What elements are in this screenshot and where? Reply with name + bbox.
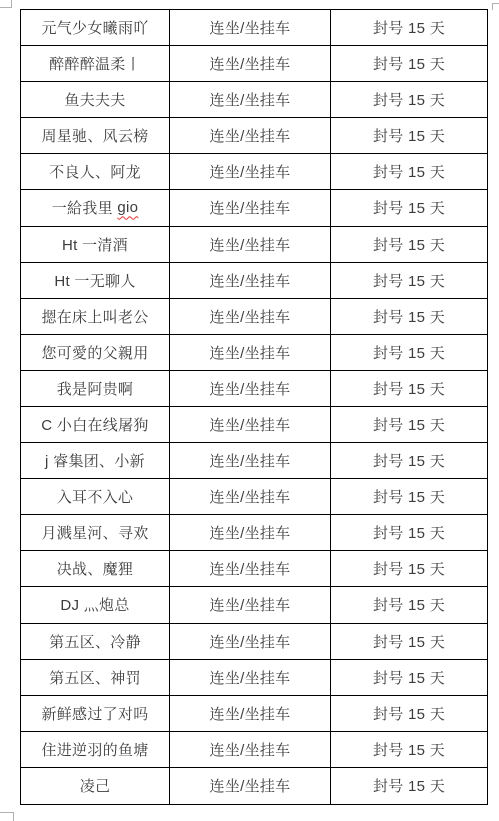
- violation-cell: 连坐/坐挂车: [170, 82, 331, 117]
- violation-text: 连坐/坐挂车: [210, 234, 291, 255]
- table-row: 一給我里 gio 连坐/坐挂车 封号 15 天: [21, 190, 487, 226]
- violation-cell: 连坐/坐挂车: [170, 732, 331, 767]
- violation-text: 连坐/坐挂车: [210, 703, 291, 724]
- username-cell: 周星驰、风云榜: [21, 118, 170, 153]
- penalty-text: 封号 15 天: [373, 486, 445, 507]
- violation-cell: 连坐/坐挂车: [170, 696, 331, 731]
- table-row: 第五区、神罚 连坐/坐挂车 封号 15 天: [21, 660, 487, 696]
- username-cell: 决战、魔狸: [21, 551, 170, 586]
- username-text: 第五区、冷静: [49, 631, 141, 652]
- username-text: 醉醉醉温柔丨: [49, 53, 141, 74]
- violation-text: 连坐/坐挂车: [210, 450, 291, 471]
- penalty-text: 封号 15 天: [373, 522, 445, 543]
- penalty-text: 封号 15 天: [373, 414, 445, 435]
- violation-cell: 连坐/坐挂车: [170, 407, 331, 442]
- username-cell: 鱼夫夫夫: [21, 82, 170, 117]
- violation-text: 连坐/坐挂车: [210, 522, 291, 543]
- username-cell: 第五区、冷静: [21, 624, 170, 659]
- username-cell: 凌己: [21, 768, 170, 804]
- penalty-cell: 封号 15 天: [331, 515, 487, 550]
- penalty-cell: 封号 15 天: [331, 263, 487, 298]
- table-row: 住进逆羽的鱼塘 连坐/坐挂车 封号 15 天: [21, 732, 487, 768]
- penalty-cell: 封号 15 天: [331, 371, 487, 406]
- penalty-cell: 封号 15 天: [331, 551, 487, 586]
- username-text: 第五区、神罚: [49, 667, 141, 688]
- violation-cell: 连坐/坐挂车: [170, 335, 331, 370]
- username-cell: DJ 灬炮总: [21, 587, 170, 622]
- adjacent-table-fragment-top-right-vertical: [492, 3, 493, 10]
- violation-cell: 连坐/坐挂车: [170, 624, 331, 659]
- username-text: 入耳不入心: [57, 486, 134, 507]
- violation-cell: 连坐/坐挂车: [170, 118, 331, 153]
- penalty-cell: 封号 15 天: [331, 10, 487, 45]
- penalty-text: 封号 15 天: [373, 17, 445, 38]
- violation-cell: 连坐/坐挂车: [170, 479, 331, 514]
- penalty-text: 封号 15 天: [373, 306, 445, 327]
- penalty-cell: 封号 15 天: [331, 190, 487, 225]
- violation-cell: 连坐/坐挂车: [170, 768, 331, 804]
- username-cell: 您可愛的父親用: [21, 335, 170, 370]
- penalty-text: 封号 15 天: [373, 667, 445, 688]
- table-row: C 小白在线屠狗 连坐/坐挂车 封号 15 天: [21, 407, 487, 443]
- violation-cell: 连坐/坐挂车: [170, 587, 331, 622]
- violation-text: 连坐/坐挂车: [210, 631, 291, 652]
- penalty-text: 封号 15 天: [373, 378, 445, 399]
- table-row: j 睿集团、小新 连坐/坐挂车 封号 15 天: [21, 443, 487, 479]
- username-text: j 睿集团、小新: [45, 450, 145, 471]
- penalty-text: 封号 15 天: [373, 631, 445, 652]
- violation-text: 连坐/坐挂车: [210, 775, 291, 796]
- penalty-cell: 封号 15 天: [331, 660, 487, 695]
- username-text: C 小白在线屠狗: [41, 414, 148, 435]
- username-text: 一給我里: [52, 197, 118, 218]
- username-text: 周星驰、风云榜: [41, 125, 148, 146]
- username-cell: 一給我里 gio: [21, 190, 170, 225]
- violation-text: 连坐/坐挂车: [210, 558, 291, 579]
- table-row: 鱼夫夫夫 连坐/坐挂车 封号 15 天: [21, 82, 487, 118]
- violation-cell: 连坐/坐挂车: [170, 371, 331, 406]
- violation-cell: 连坐/坐挂车: [170, 154, 331, 189]
- table-row: 决战、魔狸 连坐/坐挂车 封号 15 天: [21, 551, 487, 587]
- username-text: 凌己: [80, 775, 111, 796]
- username-text: 元气少女曦雨吖: [41, 17, 148, 38]
- adjacent-table-fragment-bottom-left-horizontal: [0, 812, 14, 813]
- violation-text: 连坐/坐挂车: [210, 378, 291, 399]
- violation-cell: 连坐/坐挂车: [170, 46, 331, 81]
- violation-text: 连坐/坐挂车: [210, 17, 291, 38]
- penalty-text: 封号 15 天: [373, 703, 445, 724]
- penalty-cell: 封号 15 天: [331, 154, 487, 189]
- violation-cell: 连坐/坐挂车: [170, 263, 331, 298]
- penalty-cell: 封号 15 天: [331, 587, 487, 622]
- penalty-cell: 封号 15 天: [331, 732, 487, 767]
- penalty-text: 封号 15 天: [373, 234, 445, 255]
- violation-text: 连坐/坐挂车: [210, 486, 291, 507]
- adjacent-table-fragment-top-right-horizontal: [492, 3, 499, 4]
- penalty-cell: 封号 15 天: [331, 407, 487, 442]
- penalty-cell: 封号 15 天: [331, 46, 487, 81]
- username-text: 不良人、阿龙: [49, 161, 141, 182]
- violation-cell: 连坐/坐挂车: [170, 190, 331, 225]
- username-cell: C 小白在线屠狗: [21, 407, 170, 442]
- table-row: 入耳不入心 连坐/坐挂车 封号 15 天: [21, 479, 487, 515]
- violation-text: 连坐/坐挂车: [210, 197, 291, 218]
- username-cell: 摁在床上叫老公: [21, 299, 170, 334]
- table-row: 凌己 连坐/坐挂车 封号 15 天: [21, 768, 487, 804]
- username-text: 新鲜感过了对吗: [41, 703, 148, 724]
- username-cell: 月溅星河、寻欢: [21, 515, 170, 550]
- username-cell: 元气少女曦雨吖: [21, 10, 170, 45]
- table-row: 我是阿贵啊 连坐/坐挂车 封号 15 天: [21, 371, 487, 407]
- misspelled-username-text: gio: [117, 199, 138, 216]
- penalty-text: 封号 15 天: [373, 558, 445, 579]
- adjacent-table-fragment-top-left-vertical: [11, 0, 12, 8]
- table-row: DJ 灬炮总 连坐/坐挂车 封号 15 天: [21, 587, 487, 623]
- username-text: Ht 一无聊人: [54, 270, 135, 291]
- username-text: 住进逆羽的鱼塘: [41, 739, 148, 760]
- violation-text: 连坐/坐挂车: [210, 306, 291, 327]
- username-text: 月溅星河、寻欢: [41, 522, 148, 543]
- violation-text: 连坐/坐挂车: [210, 414, 291, 435]
- violation-text: 连坐/坐挂车: [210, 125, 291, 146]
- table-row: 不良人、阿龙 连坐/坐挂车 封号 15 天: [21, 154, 487, 190]
- penalty-cell: 封号 15 天: [331, 696, 487, 731]
- username-cell: 不良人、阿龙: [21, 154, 170, 189]
- username-cell: j 睿集团、小新: [21, 443, 170, 478]
- username-cell: Ht 一无聊人: [21, 263, 170, 298]
- violation-cell: 连坐/坐挂车: [170, 443, 331, 478]
- penalty-cell: 封号 15 天: [331, 443, 487, 478]
- username-text: 摁在床上叫老公: [41, 306, 148, 327]
- table-row: Ht 一清酒 连坐/坐挂车 封号 15 天: [21, 227, 487, 263]
- penalty-cell: 封号 15 天: [331, 227, 487, 262]
- table-row: 元气少女曦雨吖 连坐/坐挂车 封号 15 天: [21, 10, 487, 46]
- violation-cell: 连坐/坐挂车: [170, 10, 331, 45]
- penalty-text: 封号 15 天: [373, 270, 445, 291]
- username-cell: 新鲜感过了对吗: [21, 696, 170, 731]
- violation-text: 连坐/坐挂车: [210, 342, 291, 363]
- violation-text: 连坐/坐挂车: [210, 270, 291, 291]
- username-cell: 入耳不入心: [21, 479, 170, 514]
- violation-text: 连坐/坐挂车: [210, 161, 291, 182]
- username-text: 您可愛的父親用: [41, 342, 148, 363]
- penalty-cell: 封号 15 天: [331, 299, 487, 334]
- username-cell: 醉醉醉温柔丨: [21, 46, 170, 81]
- table-row: 摁在床上叫老公 连坐/坐挂车 封号 15 天: [21, 299, 487, 335]
- violation-cell: 连坐/坐挂车: [170, 551, 331, 586]
- username-cell: 我是阿贵啊: [21, 371, 170, 406]
- penalty-cell: 封号 15 天: [331, 624, 487, 659]
- username-text: DJ 灬炮总: [60, 594, 129, 615]
- penalty-text: 封号 15 天: [373, 594, 445, 615]
- adjacent-table-fragment-bottom-left-vertical: [13, 812, 14, 821]
- username-text: 鱼夫夫夫: [64, 89, 125, 110]
- penalty-text: 封号 15 天: [373, 739, 445, 760]
- penalty-text: 封号 15 天: [373, 53, 445, 74]
- username-cell: Ht 一清酒: [21, 227, 170, 262]
- violation-text: 连坐/坐挂车: [210, 53, 291, 74]
- penalty-text: 封号 15 天: [373, 161, 445, 182]
- penalty-text: 封号 15 天: [373, 125, 445, 146]
- violation-cell: 连坐/坐挂车: [170, 299, 331, 334]
- table-row: 您可愛的父親用 连坐/坐挂车 封号 15 天: [21, 335, 487, 371]
- penalty-cell: 封号 15 天: [331, 479, 487, 514]
- table-row: 周星驰、风云榜 连坐/坐挂车 封号 15 天: [21, 118, 487, 154]
- violation-text: 连坐/坐挂车: [210, 667, 291, 688]
- username-text: 决战、魔狸: [57, 558, 134, 579]
- penalty-cell: 封号 15 天: [331, 82, 487, 117]
- username-cell: 第五区、神罚: [21, 660, 170, 695]
- penalty-text: 封号 15 天: [373, 89, 445, 110]
- violation-text: 连坐/坐挂车: [210, 739, 291, 760]
- violation-text: 连坐/坐挂车: [210, 89, 291, 110]
- violation-text: 连坐/坐挂车: [210, 594, 291, 615]
- penalty-cell: 封号 15 天: [331, 335, 487, 370]
- username-text: Ht 一清酒: [62, 234, 128, 255]
- violation-cell: 连坐/坐挂车: [170, 515, 331, 550]
- penalty-text: 封号 15 天: [373, 197, 445, 218]
- penalty-text: 封号 15 天: [373, 450, 445, 471]
- table-row: 醉醉醉温柔丨 连坐/坐挂车 封号 15 天: [21, 46, 487, 82]
- table-row: 新鲜感过了对吗 连坐/坐挂车 封号 15 天: [21, 696, 487, 732]
- violation-cell: 连坐/坐挂车: [170, 227, 331, 262]
- penalty-cell: 封号 15 天: [331, 768, 487, 804]
- penalty-text: 封号 15 天: [373, 775, 445, 796]
- violation-cell: 连坐/坐挂车: [170, 660, 331, 695]
- username-cell: 住进逆羽的鱼塘: [21, 732, 170, 767]
- table-row: 第五区、冷静 连坐/坐挂车 封号 15 天: [21, 624, 487, 660]
- username-text: 我是阿贵啊: [57, 378, 134, 399]
- ban-list-table: 元气少女曦雨吖 连坐/坐挂车 封号 15 天 醉醉醉温柔丨 连坐/坐挂车 封号 …: [20, 9, 488, 805]
- table-row: 月溅星河、寻欢 连坐/坐挂车 封号 15 天: [21, 515, 487, 551]
- penalty-cell: 封号 15 天: [331, 118, 487, 153]
- table-row: Ht 一无聊人 连坐/坐挂车 封号 15 天: [21, 263, 487, 299]
- penalty-text: 封号 15 天: [373, 342, 445, 363]
